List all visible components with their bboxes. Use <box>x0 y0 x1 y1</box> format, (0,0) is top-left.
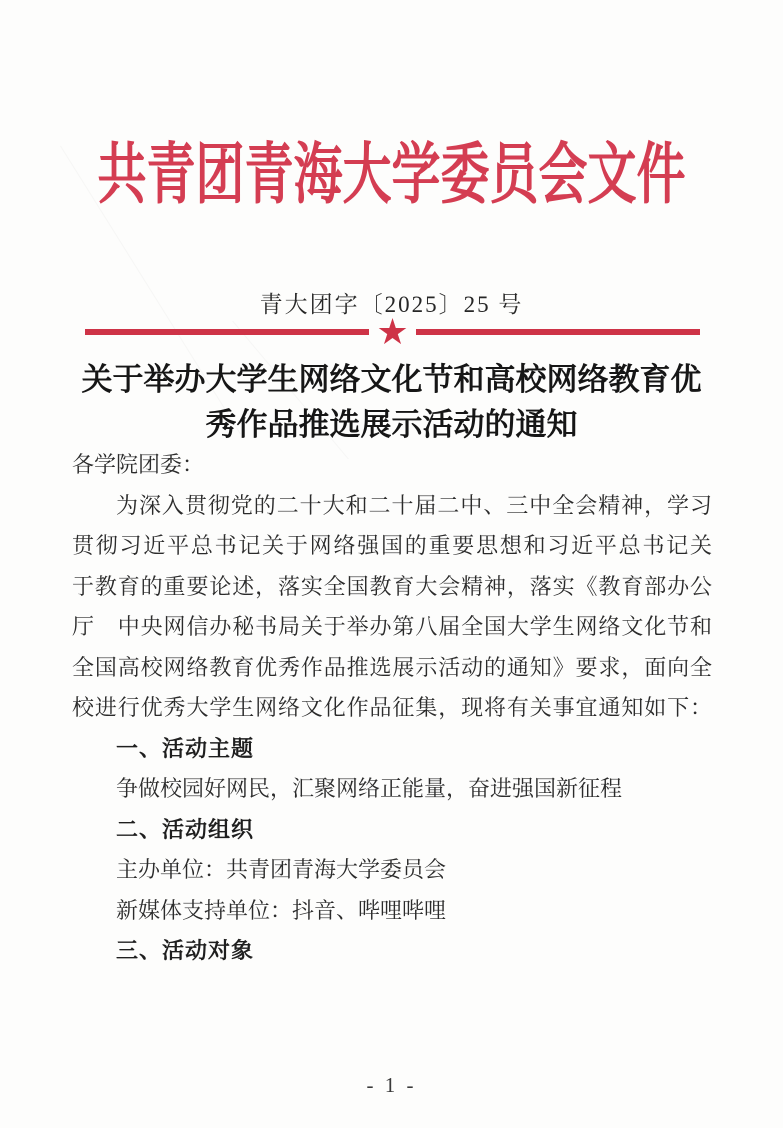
notice-title-line2: 秀作品推选展示活动的通知 <box>35 402 748 447</box>
paragraph-line: 全国高校网络教育优秀作品推选展示活动的通知》要求，面向全 <box>72 648 712 689</box>
paragraph-line: 为深入贯彻党的二十大和二十届二中、三中全会精神，学习 <box>72 486 712 527</box>
section-heading-3: 三、活动对象 <box>72 931 712 972</box>
page-number: - 1 - <box>0 1072 783 1098</box>
document-body: 各学院团委： 为深入贯彻党的二十大和二十届二中、三中全会精神，学习 贯彻习近平总… <box>72 445 712 972</box>
section-heading-1: 一、活动主题 <box>72 729 712 770</box>
notice-title-line1: 关于举办大学生网络文化节和高校网络教育优 <box>35 357 748 402</box>
paragraph-line: 贯彻习近平总书记关于网络强国的重要思想和习近平总书记关 <box>72 526 712 567</box>
notice-title: 关于举办大学生网络文化节和高校网络教育优 秀作品推选展示活动的通知 <box>35 357 748 447</box>
paragraph-line: 厅 中央网信办秘书局关于举办第八届全国大学生网络文化节和 <box>72 607 712 648</box>
organizer-line: 主办单位：共青团青海大学委员会 <box>72 850 712 891</box>
media-support-line: 新媒体支持单位：抖音、哔哩哔哩 <box>72 891 712 932</box>
section-heading-2: 二、活动组织 <box>72 810 712 851</box>
star-icon: ★ <box>376 314 408 350</box>
org-header-title: 共青团青海大学委员会文件 <box>0 137 783 213</box>
divider-line-left <box>85 329 369 335</box>
divider-line-right <box>416 329 700 335</box>
red-divider: ★ <box>85 326 700 338</box>
document-page: 共青团青海大学委员会文件 青大团字〔2025〕25 号 ★ 关于举办大学生网络文… <box>0 0 783 1128</box>
salutation: 各学院团委： <box>72 445 712 486</box>
paragraph-line: 于教育的重要论述，落实全国教育大会精神，落实《教育部办公 <box>72 567 712 608</box>
theme-line: 争做校园好网民，汇聚网络正能量，奋进强国新征程 <box>72 769 712 810</box>
paragraph-line: 校进行优秀大学生网络文化作品征集，现将有关事宜通知如下： <box>72 688 712 729</box>
